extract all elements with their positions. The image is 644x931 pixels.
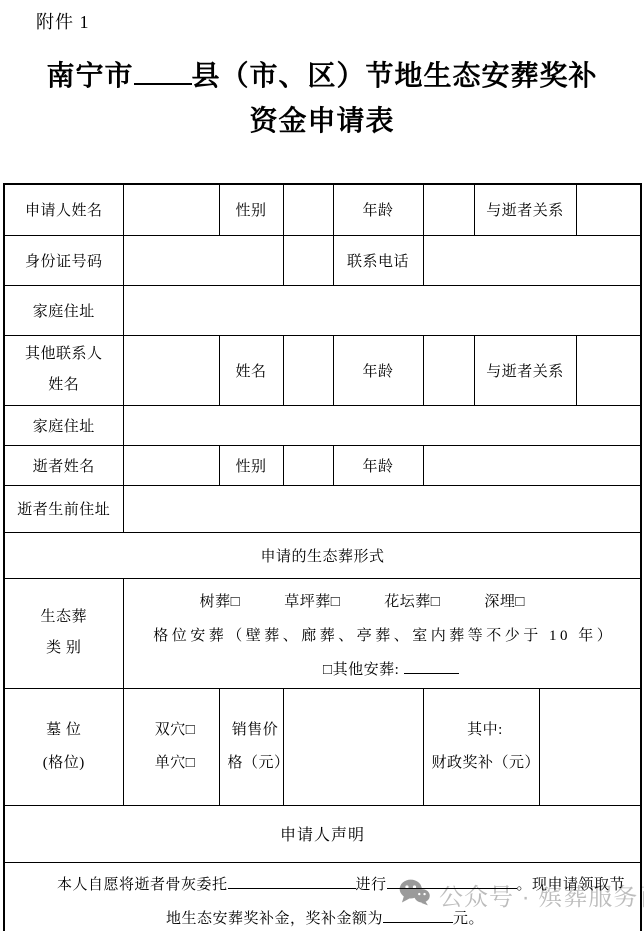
contact-relation-label: 与逝者关系 <box>474 335 576 405</box>
phone-label: 联系电话 <box>333 235 423 285</box>
home-address-value-cell <box>123 285 641 335</box>
burial-form-header: 申请的生态葬形式 <box>4 532 641 578</box>
row-grave: 墓 位 (格位) 双穴□ 单穴□ 销售价 格（元） 其中: 财政奖补（元） <box>4 688 641 805</box>
relation-label: 与逝者关系 <box>474 184 576 235</box>
deceased-address-label: 逝者生前住址 <box>4 485 123 532</box>
phone-value-cell <box>423 235 641 285</box>
row-deceased-address: 逝者生前住址 <box>4 485 641 532</box>
row-home-address: 家庭住址 <box>4 285 641 335</box>
age-label: 年龄 <box>333 184 423 235</box>
id-number-value-cell <box>123 235 283 285</box>
declaration-line-2: 地生态安葬奖补金，奖补金额为元。 <box>18 902 632 931</box>
gender-value-cell <box>283 184 333 235</box>
declaration-header: 申请人声明 <box>4 805 641 862</box>
burial-category-options-cell: 树葬□草坪葬□花坛葬□深埋□ 格位安葬（壁葬、廊葬、亭葬、室内葬等不少于 10 … <box>123 578 641 688</box>
fiscal-subsidy-label: 其中: 财政奖补（元） <box>423 688 539 805</box>
deceased-address-value-cell <box>123 485 641 532</box>
application-form-table: 申请人姓名 性别 年龄 与逝者关系 身份证号码 联系电话 家庭住址 其他联系人 … <box>3 183 642 931</box>
spacer-cell <box>283 235 333 285</box>
deceased-name-value-cell <box>123 445 219 485</box>
burial-option: 树葬□ <box>200 594 241 610</box>
title-line-2: 资金申请表 <box>0 99 644 144</box>
document-title: 南宁市县（市、区）节地生态安葬奖补 资金申请表 <box>0 54 644 144</box>
entrust-blank <box>228 872 356 889</box>
title-prefix: 南宁市 <box>46 61 133 92</box>
method-blank <box>387 872 517 889</box>
row-burial-category: 生态葬 类 别 树葬□草坪葬□花坛葬□深埋□ 格位安葬（壁葬、廊葬、亭葬、室内葬… <box>4 578 641 688</box>
burial-category-label: 生态葬 类 别 <box>4 578 123 688</box>
other-contact-name-value-cell <box>123 335 219 405</box>
applicant-name-label: 申请人姓名 <box>4 184 123 235</box>
row-contact-home-address: 家庭住址 <box>4 405 641 445</box>
other-burial-option: □其他安葬: <box>133 653 637 687</box>
deceased-age-value-cell <box>423 445 641 485</box>
contact-home-address-value-cell <box>123 405 641 445</box>
declaration-line-1: 本人自愿将逝者骨灰委托进行。现申请领取节 <box>18 868 632 902</box>
contact-name-label: 姓名 <box>219 335 283 405</box>
amount-blank <box>383 906 453 923</box>
plot-type-cell: 双穴□ 单穴□ <box>123 688 219 805</box>
applicant-name-value-cell <box>123 184 219 235</box>
sale-price-value-cell <box>283 688 423 805</box>
deceased-age-label: 年龄 <box>333 445 423 485</box>
row-deceased: 逝者姓名 性别 年龄 <box>4 445 641 485</box>
gender-label: 性别 <box>219 184 283 235</box>
id-number-label: 身份证号码 <box>4 235 123 285</box>
contact-relation-value-cell <box>576 335 641 405</box>
relation-value-cell <box>576 184 641 235</box>
title-suffix: 县（市、区）节地生态安葬奖补 <box>192 61 598 92</box>
contact-age-value-cell <box>423 335 474 405</box>
single-plot-option: 单穴□ <box>132 747 219 780</box>
deceased-gender-value-cell <box>283 445 333 485</box>
age-value-cell <box>423 184 474 235</box>
contact-age-label: 年龄 <box>333 335 423 405</box>
burial-option: 草坪葬□ <box>284 594 340 610</box>
row-declaration-body: 本人自愿将逝者骨灰委托进行。现申请领取节 地生态安葬奖补金，奖补金额为元。 <box>4 862 641 931</box>
deceased-gender-label: 性别 <box>219 445 283 485</box>
burial-option: 深埋□ <box>484 594 525 610</box>
row-other-contact: 其他联系人 姓名 姓名 年龄 与逝者关系 <box>4 335 641 405</box>
sale-price-label: 销售价 格（元） <box>219 688 283 805</box>
columbarium-option: 格位安葬（壁葬、廊葬、亭葬、室内葬等不少于 10 年） <box>133 619 637 653</box>
attachment-label: 附件 1 <box>36 8 90 34</box>
burial-options-row: 树葬□草坪葬□花坛葬□深埋□ <box>133 585 637 619</box>
fiscal-subsidy-value-cell <box>539 688 641 805</box>
other-burial-blank <box>404 657 459 674</box>
burial-option: 花坛葬□ <box>384 594 440 610</box>
contact-name-value-cell <box>283 335 333 405</box>
document-page: 附件 1 南宁市县（市、区）节地生态安葬奖补 资金申请表 公众号 · 殡葬服务百… <box>0 0 644 931</box>
grave-label: 墓 位 (格位) <box>4 688 123 805</box>
row-id-phone: 身份证号码 联系电话 <box>4 235 641 285</box>
double-plot-option: 双穴□ <box>132 714 219 747</box>
contact-home-address-label: 家庭住址 <box>4 405 123 445</box>
title-line-1: 南宁市县（市、区）节地生态安葬奖补 <box>0 54 644 99</box>
declaration-body-cell: 本人自愿将逝者骨灰委托进行。现申请领取节 地生态安葬奖补金，奖补金额为元。 <box>4 862 641 931</box>
deceased-name-label: 逝者姓名 <box>4 445 123 485</box>
other-contact-label: 其他联系人 姓名 <box>4 335 123 405</box>
home-address-label: 家庭住址 <box>4 285 123 335</box>
title-blank-underline <box>134 57 192 85</box>
row-declaration-header: 申请人声明 <box>4 805 641 862</box>
row-burial-form-header: 申请的生态葬形式 <box>4 532 641 578</box>
row-applicant: 申请人姓名 性别 年龄 与逝者关系 <box>4 184 641 235</box>
